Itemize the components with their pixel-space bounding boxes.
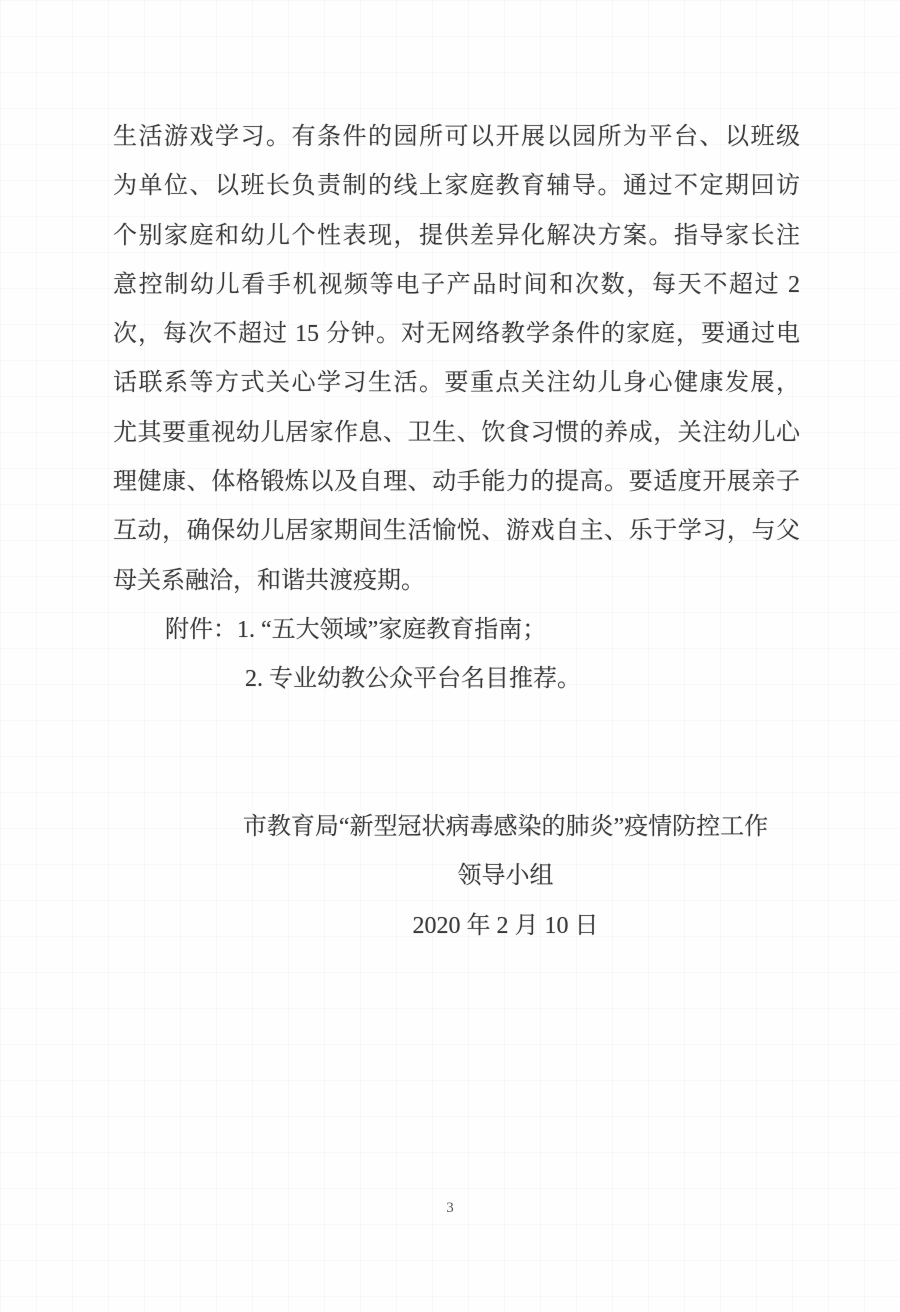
body-line: 意控制幼儿看手机视频等电子产品时间和次数，每天不超过 2 — [113, 261, 800, 310]
signature-org-line-2: 领导小组 — [162, 852, 849, 901]
attachment-line-2: 2. 专业幼教公众平台名目推荐。 — [113, 655, 800, 704]
body-line: 理健康、体格锻炼以及自理、动手能力的提高。要适度开展亲子 — [113, 458, 800, 507]
document-body: 生活游戏学习。有条件的园所可以开展以园所为平台、以班级 为单位、以班长负责制的线… — [113, 113, 800, 951]
attachment-line-1: 附件：1. “五大领域”家庭教育指南； — [113, 606, 800, 655]
page-number: 3 — [0, 1200, 900, 1217]
body-line-last: 母关系融洽，和谐共渡疫期。 — [113, 557, 800, 606]
signature-org-line-1: 市教育局“新型冠状病毒感染的肺炎”疫情防控工作 — [162, 803, 849, 852]
body-line: 个别家庭和幼儿个性表现，提供差异化解决方案。指导家长注 — [113, 212, 800, 261]
document-page: 生活游戏学习。有条件的园所可以开展以园所为平台、以班级 为单位、以班长负责制的线… — [0, 0, 900, 1312]
blank-line — [113, 754, 800, 803]
body-line: 话联系等方式关心学习生活。要重点关注幼儿身心健康发展， — [113, 359, 800, 408]
body-line: 尤其要重视幼儿居家作息、卫生、饮食习惯的养成，关注幼儿心 — [113, 409, 800, 458]
body-line: 生活游戏学习。有条件的园所可以开展以园所为平台、以班级 — [113, 113, 800, 162]
blank-line — [113, 705, 800, 754]
body-line: 次，每次不超过 15 分钟。对无网络教学条件的家庭，要通过电 — [113, 310, 800, 359]
signature-date: 2020 年 2 月 10 日 — [162, 902, 849, 951]
body-line: 为单位、以班长负责制的线上家庭教育辅导。通过不定期回访 — [113, 162, 800, 211]
body-line: 互动，确保幼儿居家期间生活愉悦、游戏自主、乐于学习，与父 — [113, 507, 800, 556]
